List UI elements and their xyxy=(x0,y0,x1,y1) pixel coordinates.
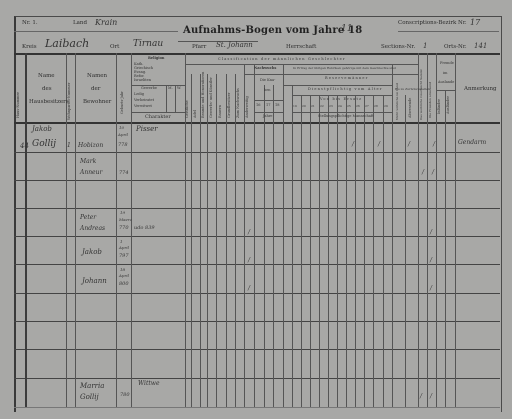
haus-nummer-header: Haus-Nummer xyxy=(17,92,21,118)
geburt-day: 18 xyxy=(120,268,125,272)
besitzer-header: des xyxy=(42,87,52,93)
fremde-col: Inländer xyxy=(438,99,442,114)
land-value: Krain xyxy=(95,19,117,27)
col-line xyxy=(264,85,265,407)
geburt-year: 770 xyxy=(119,226,129,231)
age-col: 26 xyxy=(356,105,360,108)
geburt-month: April xyxy=(119,274,129,278)
class-col-header: Grundbesitzer xyxy=(228,93,232,118)
col-line xyxy=(116,53,117,407)
bewohner-name: Peter Andreas xyxy=(80,212,105,235)
reserve-rule xyxy=(283,85,392,86)
col-line xyxy=(319,95,320,407)
header-rule xyxy=(398,31,499,32)
form-number: Nr. 1. xyxy=(22,21,38,27)
fremde-col: Ausländer xyxy=(447,96,451,114)
bewohner-header: Namen xyxy=(87,74,107,80)
age-col: 25 xyxy=(347,105,351,108)
religion-row: Israeliten xyxy=(134,79,151,83)
col-line xyxy=(405,95,406,407)
conscription-label: Conscriptions-Bezirk Nr. xyxy=(398,21,467,27)
class-col-header: Gewerbs- und Künstler xyxy=(210,77,214,118)
jahre-rule xyxy=(254,112,283,113)
age-col: 22 xyxy=(320,105,324,108)
nachwuchs-sub: Die Kna- xyxy=(260,79,275,83)
tally-mark: / xyxy=(430,394,432,400)
tally-mark: / xyxy=(420,394,422,400)
ort-label: Ort xyxy=(110,45,119,51)
nachwuchs-age: 16 xyxy=(256,104,260,108)
age-footer: Stellungspflichtige Mannschaft xyxy=(318,115,374,119)
geburt-day: 19 xyxy=(120,211,125,215)
header-rule xyxy=(14,31,178,32)
class-col-header: Bauern xyxy=(219,105,223,118)
tally-mark: / xyxy=(430,230,432,236)
col-line xyxy=(383,95,384,407)
besitzer-last: Gollij xyxy=(32,140,56,149)
sum-rule xyxy=(283,74,418,75)
orts-value: 141 xyxy=(474,43,487,50)
col-line xyxy=(207,74,208,407)
dienst-rule xyxy=(292,95,392,96)
geburt-day: 1 xyxy=(120,240,123,244)
class-col-header: Adel xyxy=(194,110,198,118)
tally-mark: / xyxy=(430,258,432,264)
abwesend-title: Bis zu Zurückzustellen xyxy=(395,88,430,91)
tally-mark: / xyxy=(432,170,434,176)
kreis-value: Laibach xyxy=(45,38,89,49)
col-line xyxy=(310,95,311,407)
tally-mark: / xyxy=(433,142,435,148)
col-line xyxy=(131,53,132,407)
classification-title: Classification der männlichen Geschlecht… xyxy=(218,58,346,62)
anderweitig-header: Anderweitig xyxy=(246,96,250,118)
stand-row: Verheiratet xyxy=(134,99,154,103)
bewohner-name: Mark Anneur xyxy=(80,156,102,179)
geburtsjahr-header: Geburts-Jahr xyxy=(121,91,125,114)
stand-col-label: W. xyxy=(177,87,181,91)
von-bis-header: Von bis Ersatz xyxy=(320,98,362,102)
classification-rule xyxy=(185,64,418,65)
ort-value: Tirnau xyxy=(133,40,163,49)
age-col: 29 xyxy=(384,105,388,108)
col-line xyxy=(200,74,201,407)
geburt-year: 797 xyxy=(119,254,129,259)
fremde-title: Fremde xyxy=(440,62,454,66)
age-col: 21 xyxy=(311,105,315,108)
stand-value: Wittwe xyxy=(138,381,160,387)
besitzer-first: Jakob xyxy=(32,126,52,133)
bewohner-name: Johann xyxy=(82,278,107,285)
tally-mark: / xyxy=(408,142,410,148)
census-form-sheet: Nr. 1. Land Krain Aufnahms-Bogen vom Jah… xyxy=(0,0,512,419)
col-line xyxy=(392,64,393,407)
stand-col xyxy=(166,85,167,112)
wohnpartei-header: Wohnpartei-Nummer xyxy=(68,83,72,120)
tally-mark: / xyxy=(378,142,380,148)
col-line xyxy=(292,85,293,407)
age-foot-rule xyxy=(292,112,392,113)
fremde-rule xyxy=(436,90,455,91)
col-line xyxy=(328,95,329,407)
age-col: 24 xyxy=(338,105,342,108)
bewohner-header: Bewohner xyxy=(83,100,111,106)
haus-number: 44 xyxy=(20,143,29,150)
stand-value: Pisser xyxy=(136,126,158,133)
pfarr-label: Pfarr xyxy=(192,45,206,51)
dienstpflichtig-header: Dienstpflichtig vom Alter xyxy=(308,88,383,92)
form-year: 11 xyxy=(341,25,352,34)
age-col: 28 xyxy=(374,105,378,108)
besitzer-header: Hausbesitzers xyxy=(29,100,69,106)
age-rule xyxy=(254,100,283,101)
nachwuchs-sub: ben xyxy=(264,89,271,93)
stand-col-label: M. xyxy=(168,87,173,91)
col-line xyxy=(337,95,338,407)
nachwuchs-title: Nachwuchs xyxy=(254,67,276,71)
age-col: 19 xyxy=(293,105,297,108)
tally-mark: / xyxy=(352,142,354,148)
col-line xyxy=(25,53,27,407)
abwesend-col: Abwesende xyxy=(409,98,413,118)
sum-header: In Ertrag der übrigen Rubriken gehörige … xyxy=(293,67,396,70)
orts-label: Orts-Nr. xyxy=(444,45,467,51)
land-label: Land xyxy=(73,21,87,27)
charakter-label: Charakter xyxy=(145,115,171,120)
tally-mark: / xyxy=(430,286,432,292)
nachwuchs-age: 18 xyxy=(275,104,279,108)
section-value: 1 xyxy=(423,43,427,50)
weiblich-col: Das weibliche Geschlecht Sammt xyxy=(420,69,423,120)
stand-row: Verwitwet xyxy=(134,105,152,109)
fremde-title: Auslande xyxy=(438,81,454,85)
class-col-header: Geistliche xyxy=(186,100,190,118)
charakter-rule xyxy=(131,112,185,113)
age-col: 23 xyxy=(329,105,333,108)
bewohner-name: Jakob xyxy=(82,249,102,256)
col-line xyxy=(373,95,374,407)
bewohner-name: Marria Gollij xyxy=(80,381,104,403)
col-line xyxy=(301,95,302,407)
col-line xyxy=(346,95,347,407)
age-col: 27 xyxy=(365,105,369,108)
col-line xyxy=(226,74,227,407)
pfarr-value: St. Johann xyxy=(216,42,253,49)
geburt-month: Maerz xyxy=(119,218,132,222)
tally-mark: / xyxy=(248,286,250,292)
col-line xyxy=(235,74,236,407)
anmerkung-header: Anmerkung xyxy=(464,87,497,93)
stand-value: udo 839 xyxy=(134,226,155,231)
conscription-value: 17 xyxy=(470,19,480,27)
anmerkung-value: Gendarm xyxy=(458,140,486,146)
tally-mark: / xyxy=(248,230,250,236)
geburt-month: April xyxy=(119,246,129,250)
section-label: Sections-Nr. xyxy=(381,45,415,51)
col-line xyxy=(273,85,274,407)
tally-mark: / xyxy=(422,170,424,176)
fremde-title: im xyxy=(443,72,447,76)
abwesend-col: Nicht wirkliche im Land xyxy=(396,83,399,120)
col-line xyxy=(216,74,217,407)
weiblich-col: Die Fremden anwesend xyxy=(429,82,432,118)
geburt-year: 780 xyxy=(120,393,130,398)
col-line xyxy=(75,53,76,407)
form-title: Aufnahms-Bogen vom Jahre 18 xyxy=(183,26,362,36)
col-line xyxy=(455,53,456,407)
reserve-header: Reservemänner xyxy=(325,77,369,81)
partei-number: 1 xyxy=(67,143,71,149)
table-bottom-rule xyxy=(14,407,500,408)
col-line xyxy=(191,74,192,407)
class-col-header: Beamte und Honoratioren xyxy=(202,72,206,118)
jahre-label: Jahre xyxy=(263,115,273,119)
col-line xyxy=(283,64,284,407)
geburt-year: 800 xyxy=(119,282,129,287)
religion-title: Religion xyxy=(148,57,164,61)
herrschaft-label: Herrschaft xyxy=(286,45,316,51)
col-line xyxy=(355,95,356,407)
gewerbe-label: Gewerbe xyxy=(141,87,157,91)
nachwuchs-age: 17 xyxy=(266,104,270,108)
class-col-header: Zum Nachwuchs xyxy=(237,88,241,118)
age-col: 20 xyxy=(302,105,306,108)
besitzer-header: Name xyxy=(38,74,55,80)
geburt-month: April xyxy=(118,133,128,137)
col-line xyxy=(254,64,255,407)
col-line xyxy=(364,95,365,407)
bewohner-name: Hobizon xyxy=(78,143,103,149)
geburt-day: 10 xyxy=(119,126,124,130)
col-line xyxy=(445,90,446,407)
tally-mark: / xyxy=(248,258,250,264)
geburt-year: 774 xyxy=(119,171,129,176)
kreis-label: Kreis xyxy=(22,45,37,51)
nachwuchs-rule xyxy=(244,74,283,75)
stand-row: Ledig xyxy=(134,93,144,97)
stand-col xyxy=(175,85,176,112)
geburt-year: 778 xyxy=(118,143,128,148)
bewohner-header: der xyxy=(91,87,100,93)
